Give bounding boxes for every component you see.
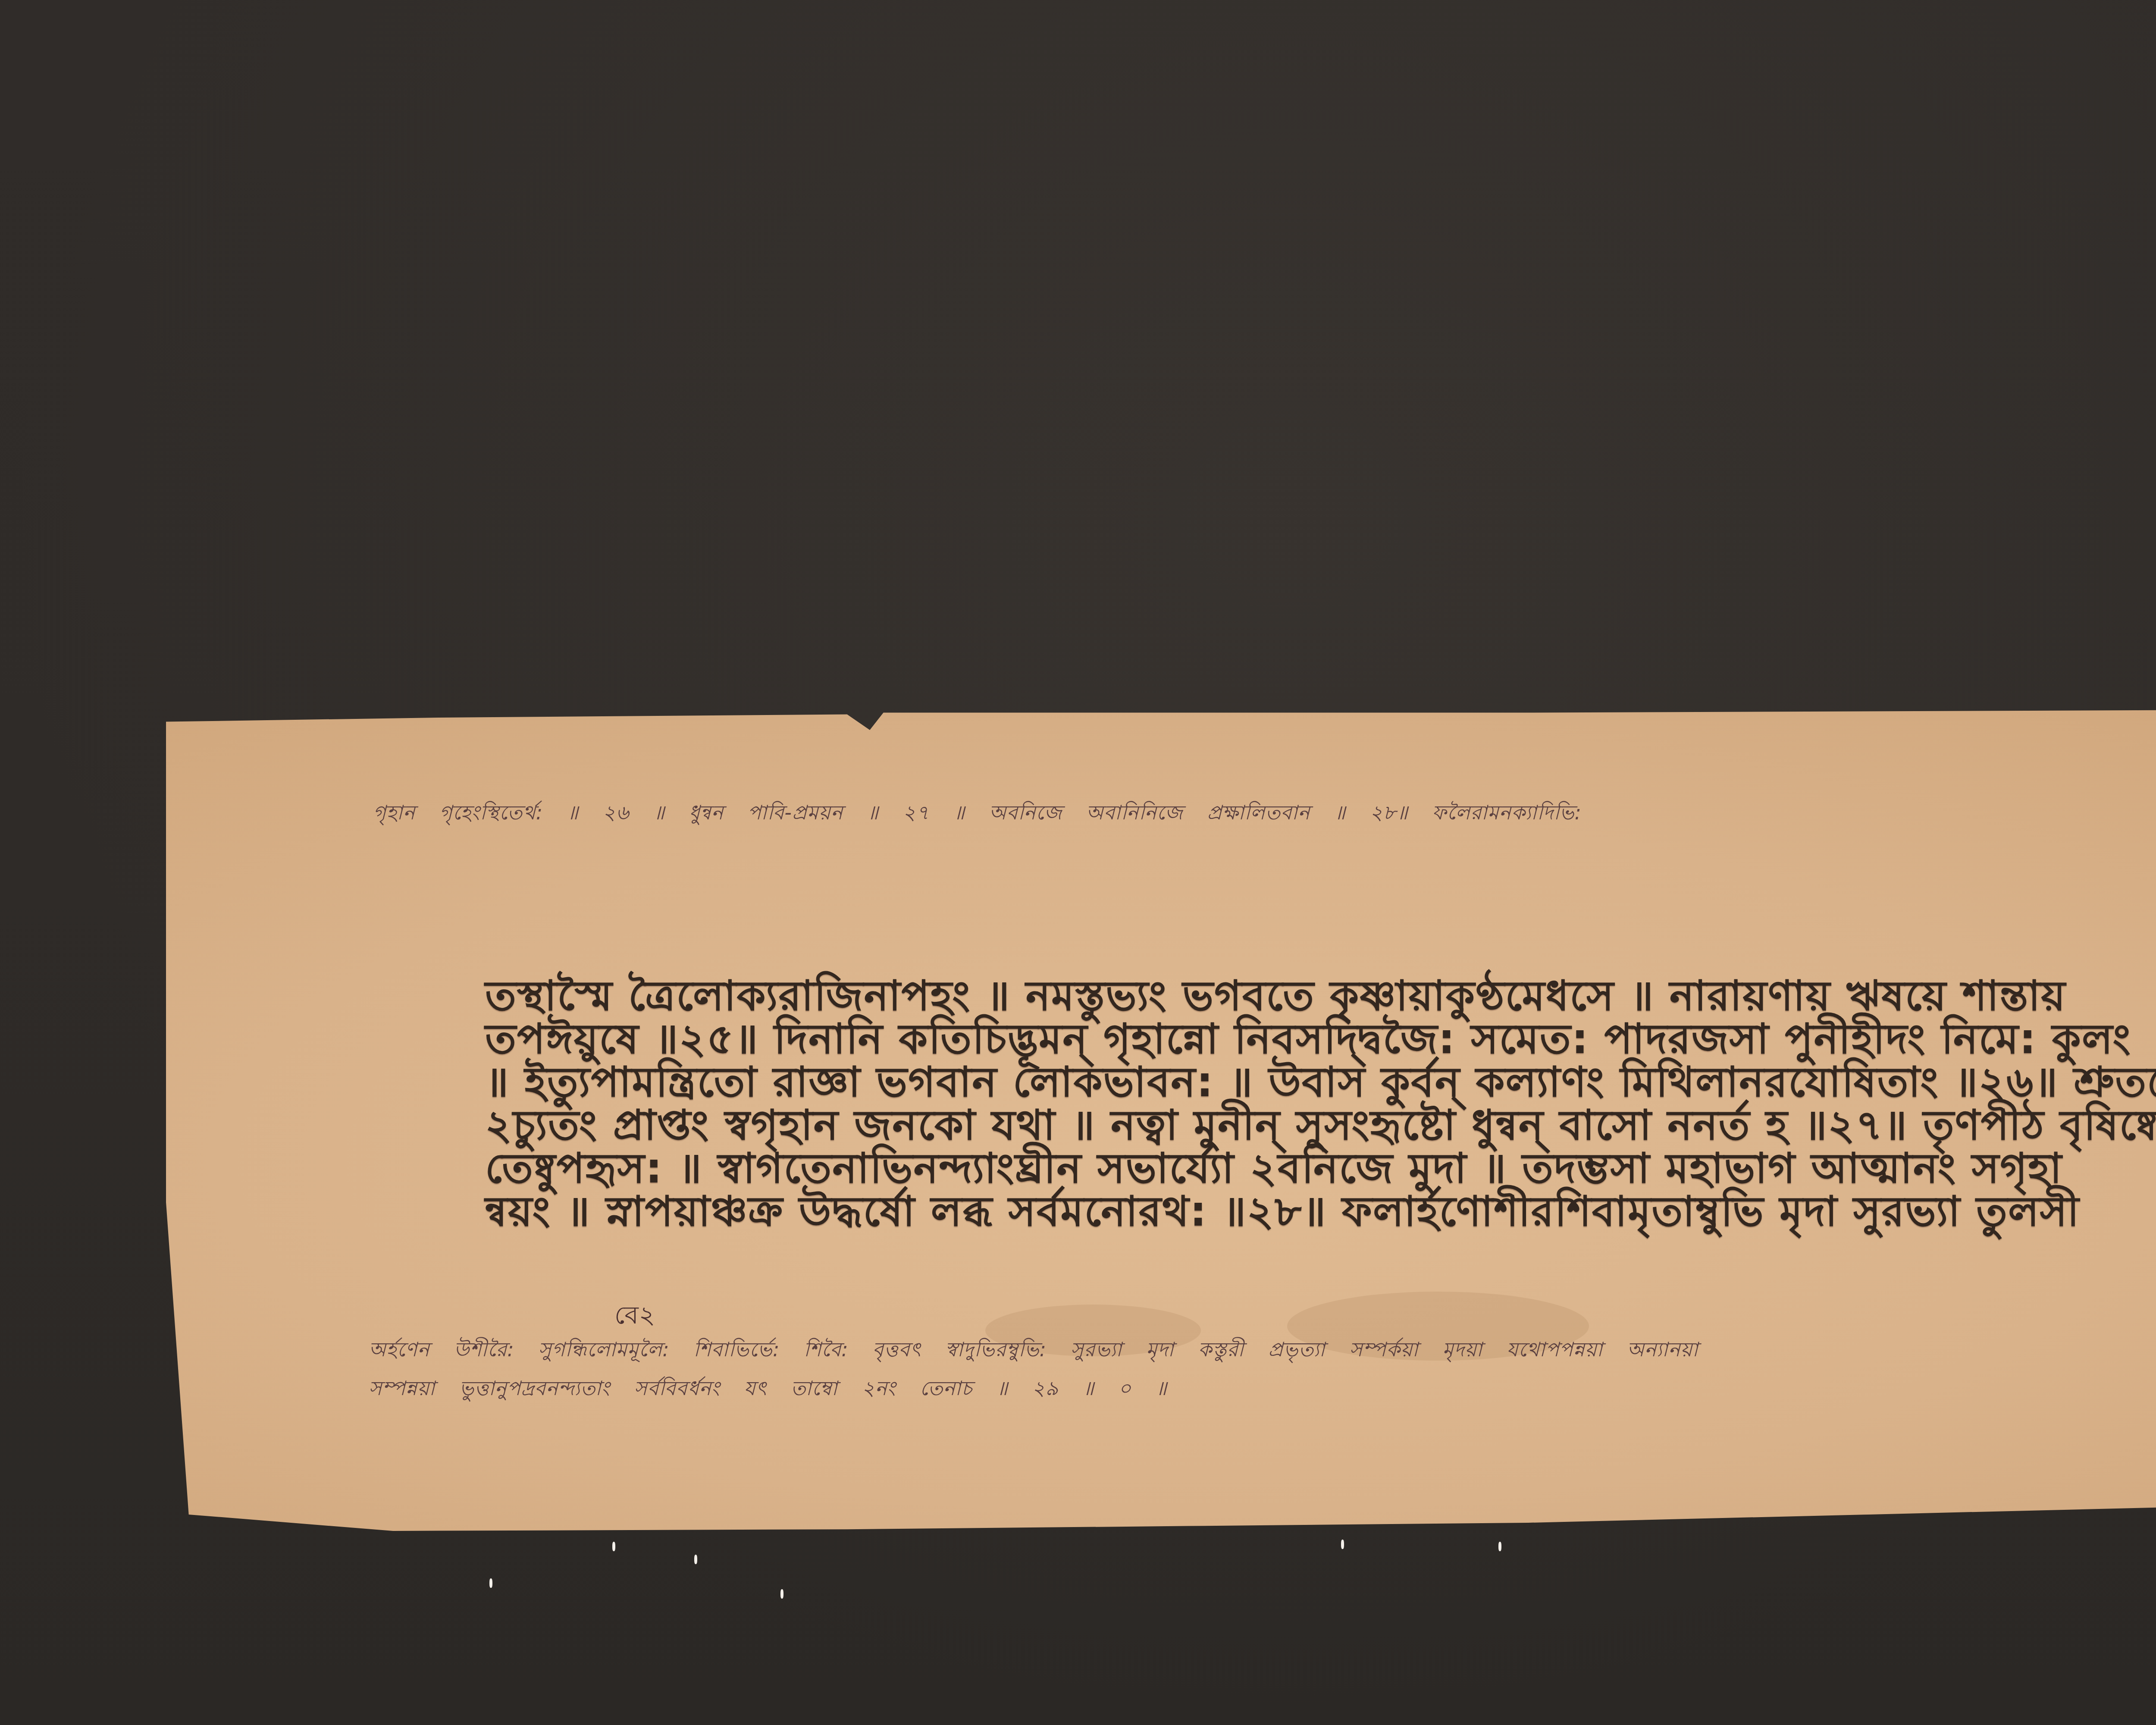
folio-number: বে২ <box>614 1296 656 1338</box>
main-text-line-6: ন্বয়ং ॥ স্নাপয়াঞ্চক্র উদ্ধর্ষো লব্ধ সর… <box>485 1179 2080 1249</box>
dust-speck <box>780 1589 783 1599</box>
dust-speck <box>612 1542 615 1551</box>
dust-speck <box>1341 1540 1344 1549</box>
bottom-commentary-line-2: সম্পন্নয়া ভুত্তানুপদ্রবনন্দ্যতাং সর্ববি… <box>369 1374 1167 1406</box>
dust-speck <box>694 1555 697 1564</box>
top-commentary: গৃহান গৃহেংস্থিতের্থ: ॥ ২৬ ॥ ধুন্বন পাবি… <box>373 798 1582 831</box>
dust-speck <box>489 1578 492 1588</box>
bottom-commentary-line-1: অর্হণেন উশীরৈ: সুগন্ধিলোমমূলৈ: শিবাভির্ভ… <box>369 1335 1698 1367</box>
manuscript-folio: গৃহান গৃহেংস্থিতের্থ: ॥ ২৬ ॥ ধুন্বন পাবি… <box>166 709 2156 1531</box>
dust-speck <box>1498 1542 1501 1551</box>
